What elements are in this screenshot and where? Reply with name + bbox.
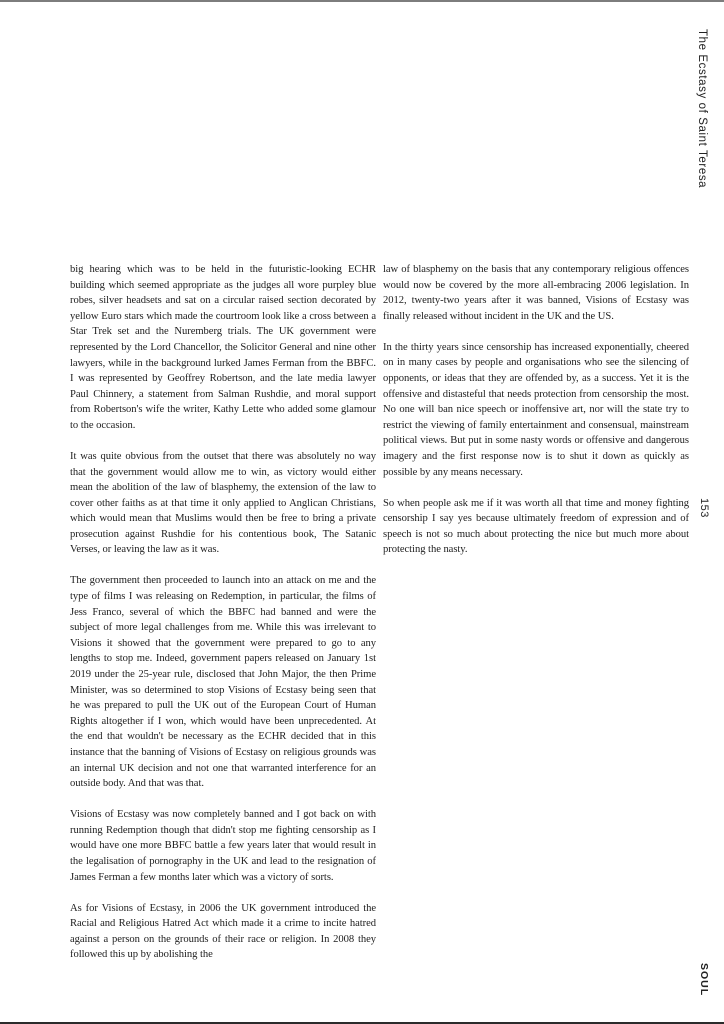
paragraph: big hearing which was to be held in the … bbox=[70, 262, 376, 434]
top-border-rule bbox=[0, 0, 724, 2]
paragraph: The government then proceeded to launch … bbox=[70, 573, 376, 791]
paragraph: law of blasphemy on the basis that any c… bbox=[383, 262, 689, 324]
right-column: law of blasphemy on the basis that any c… bbox=[383, 262, 689, 573]
paragraph: In the thirty years since censorship has… bbox=[383, 340, 689, 480]
page-number: 153 bbox=[698, 498, 710, 518]
paragraph: Visions of Ecstasy was now completely ba… bbox=[70, 807, 376, 885]
paragraph: It was quite obvious from the outset tha… bbox=[70, 449, 376, 558]
paragraph: As for Visions of Ecstasy, in 2006 the U… bbox=[70, 901, 376, 963]
paragraph: So when people ask me if it was worth al… bbox=[383, 496, 689, 558]
left-column: big hearing which was to be held in the … bbox=[70, 262, 376, 978]
running-head: The Ecstasy of Saint Teresa bbox=[696, 29, 708, 188]
section-label: SOUL bbox=[698, 963, 710, 996]
